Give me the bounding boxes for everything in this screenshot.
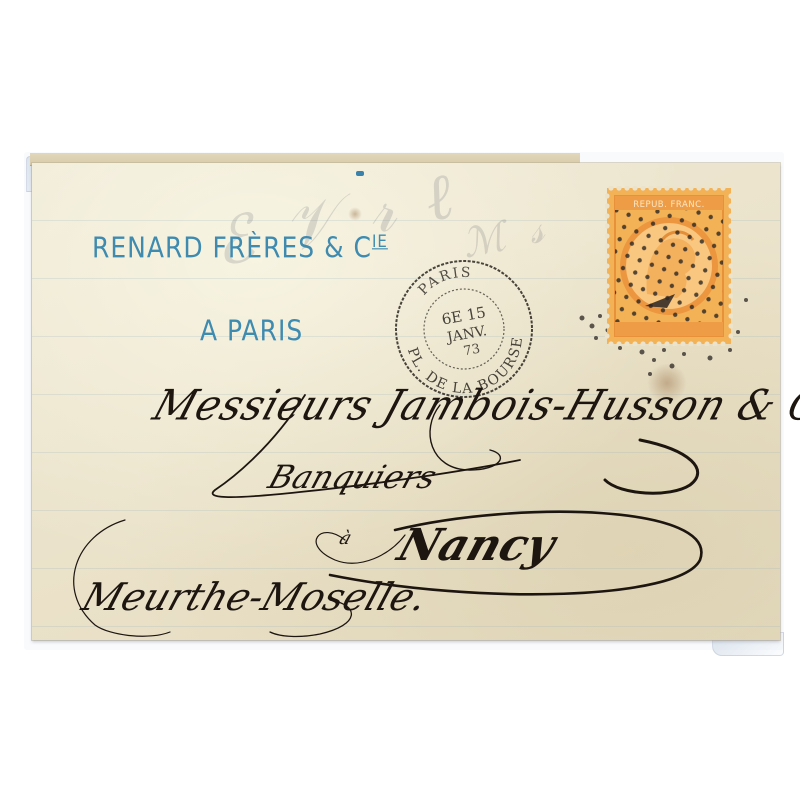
sender-handstamp-line1: RENARD FRÈRES & CIE [92,231,388,264]
address-occupation: Banquiers [264,458,442,496]
ink-spot [356,171,364,176]
photo-stage: ℰ 𝒱 𝓇 ℓ ℳ 𝓈 RENARD FRÈRES & CIE A PARIS … [0,0,800,800]
stamp-label: REPUB. FRANC. [633,200,705,210]
sender-handstamp-line2: A PARIS [200,314,303,347]
handstamp-company-name: RENARD FRÈRES & C [92,231,372,264]
ceres-stamp: REPUB. FRANC. [605,186,733,346]
postmark-year: 73 [462,342,481,360]
address-recipient: Messieurs Jambois-Husson & Cie [147,382,800,430]
postmark-city: PARIS [415,265,472,299]
postmark-cancel: PARIS PL. DE LA BOURSE 6E 15 JANV. 73 [390,255,538,403]
svg-text:PARIS: PARIS [415,265,472,299]
address-city: Nancy [392,520,562,571]
address-department: Meurthe-Moselle. [77,575,433,619]
handstamp-abbrev: IE [372,231,388,252]
